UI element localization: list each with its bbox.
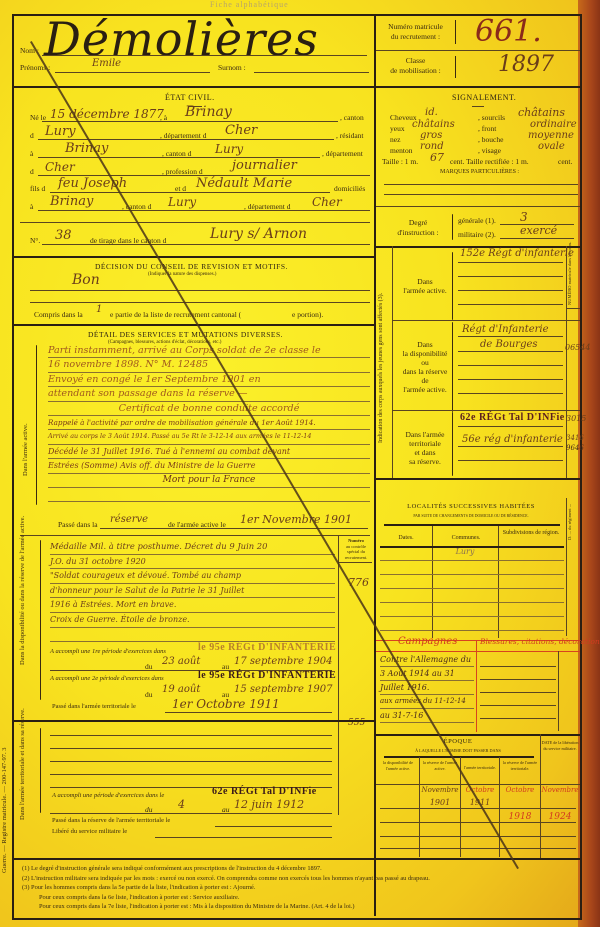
service-line: Rappelé à l'activité par ordre de mobili…: [48, 416, 370, 430]
terr-numero-3: 9646: [566, 444, 584, 452]
active-label-line: l'armée active.: [395, 286, 455, 295]
affectation-side-label: Indication des corps auxquels les jeunes…: [378, 258, 384, 478]
divider: [50, 735, 332, 736]
service-line: Envoyé en congé le 1er Septembre 1901 en: [48, 373, 370, 387]
divider: [376, 478, 580, 480]
red-column-divider: [476, 640, 477, 732]
generale-label: générale (1).: [458, 216, 496, 225]
divider: [42, 121, 338, 122]
divider: [380, 808, 576, 809]
localites-row: [380, 603, 564, 617]
divider: [50, 761, 332, 762]
column-divider: [499, 757, 500, 857]
instruction-label-line: Degré: [378, 218, 458, 228]
divider: [392, 410, 580, 411]
dom-departement-value: Cher: [312, 195, 342, 209]
divider: [20, 222, 370, 223]
periode2-unit: le 95e RÉGt D'INFANTERIE: [198, 670, 336, 681]
sourcils-value: châtains: [518, 106, 565, 119]
decision-title: DÉCISION DU CONSEIL DE REVISION ET MOTIF…: [95, 262, 288, 271]
localites-rows: Lury: [380, 547, 564, 631]
divider: [500, 238, 574, 239]
matricule-label-line: du recrutement :: [378, 32, 453, 42]
divider: [50, 748, 332, 749]
footnote: (1) Le degré d'instruction générale sera…: [22, 864, 577, 874]
brace: [452, 214, 453, 240]
terr-stamp: 62e RÉGt Tal D'INFie: [460, 412, 565, 423]
divider: [14, 86, 374, 88]
divider: [392, 320, 580, 321]
brace: [452, 252, 453, 320]
dom-a-label: à: [30, 202, 33, 211]
epoque-year-liberation: 1924: [541, 812, 579, 822]
service-line: 16 novembre 1898. N° M. 12485: [48, 358, 370, 372]
divider: [458, 276, 563, 277]
red-divider: [376, 651, 580, 652]
brace: [40, 540, 41, 700]
dom-value: Brinay: [50, 194, 93, 209]
dispo-label-line: de: [395, 376, 455, 385]
active-label-line: Dans: [395, 277, 455, 286]
marques-label: MARQUES PARTICULIÈRES :: [440, 169, 519, 175]
dispo-numero: 06544: [565, 343, 590, 352]
footnotes: (1) Le degré d'instruction générale sera…: [22, 864, 577, 912]
d-label: d: [30, 131, 34, 140]
departement2-value: Cher: [45, 160, 75, 174]
divider: [384, 184, 578, 185]
divider: [155, 837, 332, 838]
divider: [14, 324, 374, 326]
periode1-label: A accompli une 1re période d'exercices d…: [50, 648, 166, 655]
divider: [566, 308, 580, 309]
classe-label-line: Classe: [378, 56, 453, 66]
divider: [458, 460, 563, 461]
periode2-label: A accompli une 2e période d'exercices da…: [50, 675, 164, 682]
profession-value: journalier: [232, 158, 297, 173]
localites-col-subdivisions: Subdivisions de région.: [500, 530, 562, 537]
signalement-title: SIGNALEMENT.: [452, 93, 516, 102]
matricule-value: 661.: [475, 14, 542, 49]
classe-value: 1897: [498, 52, 554, 77]
divider: [215, 826, 332, 827]
sourcils-label: , sourcils: [478, 113, 505, 122]
passe-date: 1er Novembre 1901: [240, 513, 352, 526]
brace: [452, 412, 453, 476]
compris-label-c: e portion).: [292, 310, 323, 319]
divider: [30, 290, 370, 291]
periode2-du: 19 août: [162, 684, 200, 695]
document-page: Fiche alphabétique Guerre. — Registre ma…: [0, 0, 600, 927]
side-label-active: Dans l'armée active.: [22, 400, 29, 500]
prenoms-value: Emile: [92, 58, 121, 69]
divider: [480, 718, 556, 719]
departement2-label: , département: [322, 149, 363, 158]
divider: [376, 206, 580, 207]
periode1-au: 17 septembre 1904: [234, 656, 333, 667]
localites-col-communes: Communes.: [434, 535, 498, 541]
residant-a-label: à: [30, 149, 33, 158]
divider: [458, 304, 563, 305]
nez-label: nez: [390, 135, 400, 144]
reserve-line-empty: [50, 628, 335, 643]
brace: [452, 322, 453, 412]
localite-commune: Lury: [432, 547, 498, 560]
bouche-label: , bouche: [478, 135, 503, 144]
localites-col-dates: Dates.: [380, 535, 432, 541]
residant-value: Brinay: [65, 141, 108, 156]
campagnes-header: Campagnes: [398, 636, 457, 647]
localites-side-header: D. ... du régiment ...: [567, 502, 572, 542]
periode1-unit: le 95e RÉGt D'INFANTERIE: [198, 642, 336, 653]
divider: [38, 210, 370, 211]
canton2-value: Lury: [215, 142, 243, 156]
footnote: (3) Pour les hommes compris dans la 5e p…: [22, 883, 577, 893]
active-label: Dans l'armée active.: [395, 277, 455, 295]
tirage-no-value: 38: [55, 228, 72, 243]
divider: [380, 836, 576, 837]
canton-value: Lury: [45, 124, 76, 139]
matricule-label: Numéro matricule du recrutement :: [378, 22, 453, 42]
column-divider: [374, 16, 376, 916]
services-lines: Parti instamment, arrivé au Corps soldat…: [48, 344, 370, 502]
column-divider: [392, 246, 393, 478]
brace: [40, 728, 41, 813]
divider: [38, 139, 334, 140]
divider: [50, 192, 330, 193]
side-label-reserve: Dans la disponibilité ou dans la réserve…: [18, 555, 28, 665]
controle-header-line: recrutement.: [339, 555, 373, 561]
periode-terr-au: 12 juin 1912: [234, 798, 304, 811]
localite-date: [380, 547, 432, 560]
departement-value: Cher: [225, 123, 257, 138]
dispo-label-line: ou: [395, 358, 455, 367]
localite-subdivision: [498, 547, 564, 560]
divider: [30, 302, 370, 303]
localites-row: [380, 617, 564, 631]
divider: [14, 256, 374, 258]
compris-label-a: Compris dans la: [34, 310, 83, 319]
epoque-col-territoriale: l'armée territoriale.: [462, 765, 498, 771]
terr-label-line: et dans: [395, 448, 455, 457]
cent-label: cent.: [558, 157, 572, 166]
taille-value: 67: [430, 151, 444, 164]
fils-label: fils d: [30, 184, 45, 193]
divider: [42, 244, 370, 245]
service-line: Estrées (Somme) Avis off. du Ministre de…: [48, 459, 370, 473]
dispo-label-line: dans la réserve: [395, 367, 455, 376]
divider: [376, 734, 580, 736]
visage-label: , visage: [478, 146, 501, 155]
column-divider: [338, 535, 339, 815]
cheveux-value: id.: [425, 107, 438, 118]
terr-label-line: Dans l'armée: [395, 430, 455, 439]
header-caption: Fiche alphabétique: [210, 0, 289, 9]
yeux-value: châtains: [412, 119, 455, 130]
matricule-label-line: Numéro matricule: [378, 22, 453, 32]
localites-subtitle: PAR SUITE DE CHANGEMENTS DE DOMICILE OU …: [376, 514, 566, 518]
instruction-label: Degré d'instruction :: [378, 218, 458, 238]
terr-label: Dans l'armée territoriale et dans sa rés…: [395, 430, 455, 466]
campagne-line: 3 Août 1914 au 31: [380, 667, 474, 681]
divider: [380, 822, 576, 823]
brace: [455, 20, 462, 44]
passe-terr-value: 1er Octobre 1911: [172, 697, 280, 711]
reserve-lines: Médaille Mil. à titre posthume. Décret d…: [50, 540, 335, 642]
service-line: Certificat de bonne conduite accordé: [48, 402, 370, 416]
divider: [20, 535, 370, 536]
canton-label: , canton: [340, 113, 364, 122]
periode-terr-unit: 62e RÉGt Tal D'INFie: [212, 786, 317, 797]
reserve-line: d'honneur pour le Salut de la Patrie le …: [50, 584, 335, 599]
reserve-line: Médaille Mil. à titre posthume. Décret d…: [50, 540, 335, 555]
passe-terr-label: Passé dans l'armée territoriale le: [52, 703, 136, 710]
epoque-col-reserve-terr: la réserve de l'armée territoriale.: [500, 760, 540, 772]
epoque-year-reserve-terr: 1918: [500, 812, 540, 822]
divider: [254, 72, 369, 73]
divider: [458, 393, 563, 394]
divider: [458, 446, 563, 447]
footnote: Pour ceux compris dans la 7e liste, l'in…: [22, 902, 577, 912]
divider: [480, 666, 556, 667]
service-line: attendant son passage dans la réserve —: [48, 387, 370, 401]
domicilies-label: domiciliés: [334, 184, 365, 193]
divider: [50, 813, 332, 814]
militaire-label: militaire (2).: [458, 230, 496, 239]
periode1-du: 23 août: [162, 656, 200, 667]
divider: [480, 692, 556, 693]
controle-header: Numéro au contrôle spécial du recrutemen…: [339, 538, 373, 560]
militaire-value: exercé: [520, 224, 557, 237]
divider: [472, 106, 484, 107]
dispo-value-line2: de Bourges: [480, 339, 538, 350]
compris-value: 1: [96, 304, 102, 315]
column-divider: [540, 734, 541, 858]
epoque-year-reserve: 1901: [420, 798, 460, 807]
passe-value: réserve: [110, 514, 148, 525]
divider: [165, 712, 332, 713]
column-divider: [558, 651, 559, 731]
active-value: 152e Régt d'infanterie: [460, 248, 574, 259]
side-print: Guerre. — Registre matricule. — 200-147-…: [1, 700, 8, 920]
blessures-header: Blessures, citations, décorations: [480, 637, 600, 646]
dispo-value-line1: Régt d'Infanterie: [462, 324, 549, 335]
mere-value: Nédault Marie: [196, 176, 292, 191]
localites-row: [380, 561, 564, 575]
terr-label-line: territoriale: [395, 439, 455, 448]
generale-value: 3: [520, 210, 528, 224]
passe-label-a: Passé dans la: [58, 520, 98, 529]
classe-label-line: de mobilisation :: [378, 66, 453, 76]
etat-civil-title: ÉTAT CIVIL.: [165, 93, 215, 102]
divider: [458, 262, 563, 263]
bouche-value: moyenne: [528, 130, 574, 141]
divider: [458, 426, 563, 427]
divider: [376, 784, 580, 785]
epoque-month-territoriale: Octobre: [461, 786, 499, 794]
terr-numero-1: 3015: [566, 414, 586, 423]
classe-label: Classe de mobilisation :: [378, 56, 453, 76]
residant-label: , résidant: [336, 131, 364, 140]
service-line-empty: [48, 488, 370, 502]
divider: [339, 562, 372, 563]
epoque-title: ÉPOQUE: [376, 738, 540, 745]
epoque-subtitle: À LAQUELLE L'HOMME DOIT PASSER DANS: [376, 748, 540, 753]
taille-rectifiee-label: cent. Taille rectifiée : 1 m.: [450, 157, 529, 166]
divider: [14, 858, 580, 860]
footnote: (2) L'instruction militaire sera indiqué…: [22, 874, 577, 884]
lieu-naissance-value: Brinay: [185, 104, 232, 120]
taille-label: Taille : 1 m.: [382, 157, 418, 166]
side-label-territoriale: Dans l'armée territoriale et dans sa rés…: [18, 730, 28, 820]
service-line: Arrivé au corps le 3 Août 1914. Passé au…: [48, 430, 370, 444]
terr-label-line: sa réserve.: [395, 457, 455, 466]
divider: [458, 336, 563, 337]
libere-label: Libéré du service militaire le: [52, 828, 127, 835]
epoque-month-liberation: Novembre: [541, 786, 579, 794]
divider: [50, 774, 332, 775]
divider: [458, 379, 563, 380]
surnom-label: Surnom :: [218, 63, 246, 72]
periode-terr-label: A accompli une période d'exercices dans …: [52, 792, 164, 799]
periode2-du-label: du: [145, 690, 153, 699]
dispo-label-line: l'armée active.: [395, 385, 455, 394]
terr-numero-2: 3416: [566, 434, 584, 442]
yeux-label: yeux: [390, 124, 405, 133]
periode2-au: 15 septembre 1907: [234, 684, 333, 695]
ne-le-value: 15 décembre 1877: [50, 107, 164, 121]
reserve-line: J.O. du 31 octobre 1920: [50, 555, 335, 570]
divider: [376, 86, 580, 88]
front-value: ordinaire: [530, 119, 577, 130]
localites-row: [380, 589, 564, 603]
divider: [55, 72, 210, 73]
footnote: Pour ceux compris dans la 6e liste, l'in…: [22, 893, 577, 903]
tirage-no-label: N°.: [30, 236, 40, 245]
divider: [480, 705, 556, 706]
brace: [455, 56, 462, 78]
service-line: Mort pour la France: [48, 474, 370, 488]
services-title: DÉTAIL DES SERVICES ET MUTATIONS DIVERSE…: [88, 330, 283, 339]
epoque-month-reserve-terr: Octobre: [500, 786, 540, 794]
divider: [480, 679, 556, 680]
dom-canton-value: Lury: [168, 195, 196, 209]
front-label: , front: [478, 124, 496, 133]
terr-value: 56e rég d'infanterie: [462, 434, 563, 445]
reserve-line: 1916 à Estrées. Mort en brave.: [50, 598, 335, 613]
divider: [100, 528, 368, 529]
service-line: Décédé le 31 Juillet 1916. Tué à l'ennem…: [48, 445, 370, 459]
divider: [384, 524, 560, 526]
menton-label: menton: [390, 146, 413, 155]
reserve-line: Croix de Guerre. Étoile de bronze.: [50, 613, 335, 628]
divider: [384, 756, 534, 758]
compris-label-b: e partie de la liste de recrutement cant…: [110, 310, 241, 319]
reserve-line: "Soldat courageux et dévoué. Tombé au ch…: [50, 569, 335, 584]
campagne-line: aux armées du 11-12-14: [380, 695, 474, 709]
divider: [380, 848, 576, 849]
tirage-canton-value: Lury s/ Arnon: [210, 226, 307, 242]
visage-value: ovale: [538, 141, 565, 152]
divider: [42, 55, 367, 56]
epoque-month-reserve: Novembre: [420, 786, 460, 794]
campagne-line: Juillet 1916.: [380, 681, 474, 695]
localites-row: [380, 575, 564, 589]
decision-subtitle: (Indiquer la nature des dispenses.): [148, 272, 216, 277]
dispo-label-line: la disponibilité: [395, 349, 455, 358]
epoque-col-dispo: la disponibilité de l'armée active.: [378, 760, 418, 772]
dispo-label: Dans la disponibilité ou dans la réserve…: [395, 340, 455, 394]
nom-value: Démolières: [44, 12, 319, 66]
divider: [458, 290, 563, 291]
brace: [36, 345, 37, 505]
decision-value: Bon: [72, 272, 100, 288]
column-divider: [419, 757, 420, 857]
passe-res-terr-label: Passé dans la réserve de l'armée territo…: [52, 817, 170, 824]
dispo-label-line: Dans: [395, 340, 455, 349]
divider: [458, 365, 563, 366]
periode-terr-du: 4: [178, 798, 185, 811]
instruction-label-line: d'instruction :: [378, 228, 458, 238]
nez-value: gros: [420, 130, 442, 141]
localites-row: Lury: [380, 547, 564, 561]
divider: [384, 194, 578, 195]
d2-label: d: [30, 167, 34, 176]
divider: [14, 720, 374, 722]
divider: [458, 351, 563, 352]
epoque-date-header: DATE de la libération du service militai…: [541, 740, 579, 752]
localites-title: LOCALITÉS SUCCESSIVES HABITÉES: [376, 503, 566, 510]
divider: [376, 50, 580, 51]
